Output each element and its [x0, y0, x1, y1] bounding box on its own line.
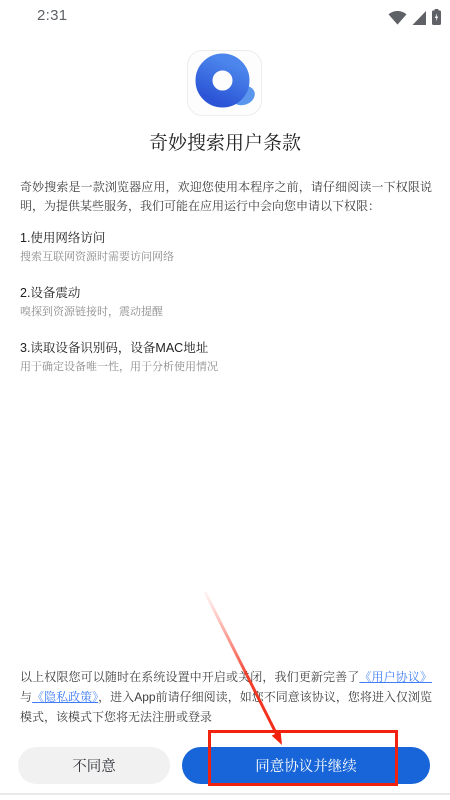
permission-item: 1.使用网络访问 搜索互联网资源时需要访问网络 [20, 229, 432, 267]
cell-signal-icon [412, 11, 427, 25]
user-agreement-link[interactable]: 《用户协议》 [359, 670, 432, 684]
privacy-policy-link[interactable]: 《隐私政策》 [32, 690, 98, 704]
permission-title: 2.设备震动 [20, 284, 432, 303]
permission-title: 3.读取设备识别码，设备MAC地址 [20, 339, 432, 358]
bottom-divider [0, 793, 450, 795]
agree-continue-button[interactable]: 同意协议并继续 [182, 747, 430, 784]
permission-desc: 用于确定设备唯一性，用于分析使用情况 [20, 358, 432, 377]
permission-item: 2.设备震动 嗅探到资源链接时，震动提醒 [20, 284, 432, 322]
page-title: 奇妙搜索用户条款 [0, 131, 450, 157]
qimiao-search-logo-icon [187, 50, 262, 116]
arrowhead-icon [272, 731, 282, 745]
status-bar: 2:31 [0, 0, 450, 30]
terms-text: 与 [20, 690, 32, 704]
permissions-list: 1.使用网络访问 搜索互联网资源时需要访问网络 2.设备震动 嗅探到资源链接时，… [20, 229, 432, 394]
terms-text: 以上权限您可以随时在系统设置中开启或关闭，我们更新完善了 [20, 670, 359, 684]
disagree-button[interactable]: 不同意 [18, 747, 170, 784]
permission-item: 3.读取设备识别码，设备MAC地址 用于确定设备唯一性，用于分析使用情况 [20, 339, 432, 377]
wifi-icon [388, 11, 407, 25]
intro-paragraph: 奇妙搜索是一款浏览器应用，欢迎您使用本程序之前，请仔细阅读一下权限说明，为提供某… [20, 178, 432, 216]
status-icons [388, 9, 441, 25]
battery-charging-icon [432, 9, 441, 25]
clock-text: 2:31 [37, 6, 67, 26]
permission-title: 1.使用网络访问 [20, 229, 432, 248]
terms-screen: 2:31 [0, 0, 450, 800]
permission-desc: 搜索互联网资源时需要访问网络 [20, 248, 432, 267]
permission-desc: 嗅探到资源链接时，震动提醒 [20, 303, 432, 322]
terms-paragraph: 以上权限您可以随时在系统设置中开启或关闭，我们更新完善了《用户协议》与《隐私政策… [20, 667, 432, 727]
